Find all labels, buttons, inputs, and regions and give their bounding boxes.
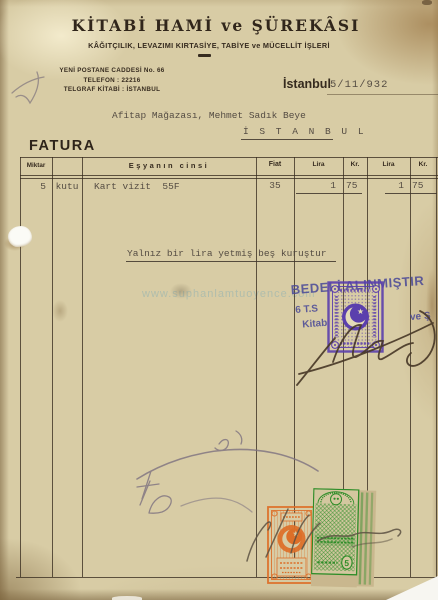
speck-top-edge (422, 0, 432, 5)
col-header-kr2: Kr. (410, 161, 436, 168)
amount-in-words: Yalnız bir lira yetmiş beş kuruştur (127, 248, 327, 259)
city-label: İstanbul (283, 77, 331, 91)
address-line-1: YENİ POSTANE CADDESİ No. 66 (36, 66, 188, 76)
table-vline-3 (82, 157, 83, 577)
torn-bottom-right (386, 576, 438, 600)
table-vline-9 (436, 157, 437, 577)
col-header-lira2: Lira (367, 161, 410, 168)
torn-bottom-nick (112, 596, 142, 600)
table-vline-8 (410, 157, 411, 577)
stain-small-2 (52, 300, 68, 322)
typed-date: 5/11/932 (330, 79, 388, 91)
row-unit: kutu (53, 181, 81, 192)
col-header-item: Eşyanın cinsi (82, 161, 256, 170)
table-vline-4 (256, 157, 257, 577)
amount-underline-1 (296, 193, 362, 194)
stain-small-1 (170, 283, 192, 299)
tagline-ornament (198, 54, 211, 57)
table-vline-2 (52, 157, 53, 577)
violet-revenue-stamp (327, 281, 384, 353)
address-line-3: TELGRAF KİTABİ : İSTANBUL (36, 85, 188, 95)
addressee-name: Afitap Mağazası, Mehmet Sadık Beye (112, 110, 306, 121)
row-price: 35 (256, 180, 294, 191)
row-kr1: 75 (346, 180, 357, 191)
invoice-title: FATURA (29, 138, 96, 154)
row-lira1: 1 (294, 180, 336, 191)
invoice-document: www.suphanlamtuoyence.com KİTABİ HAMİ ve… (0, 0, 438, 600)
green-stamp-art: 5 (311, 489, 377, 588)
row-qty: 5 (20, 181, 46, 192)
punch-hole (8, 226, 32, 247)
address-block: YENİ POSTANE CADDESİ No. 66 TELEFON : 22… (36, 66, 188, 95)
pencil-notes-center (137, 431, 318, 513)
stain-right-edge (426, 268, 438, 342)
row-kr2: 75 (412, 180, 423, 191)
green-stamp-value: 5 (344, 558, 349, 568)
row-lira2: 1 (367, 180, 404, 191)
col-header-kr1: Kr. (343, 161, 367, 168)
addressee-city: İ S T A N B U L (243, 126, 366, 137)
rubber-stamp-line2: 6 T.S (295, 303, 319, 316)
rubber-stamp-line3a: Kitab (302, 318, 328, 331)
green-revenue-stamp: 5 (311, 488, 380, 589)
amount-in-words-underline (126, 261, 336, 262)
company-tagline: KÂĞITÇILIK, LEVAZIMI KIRTASİYE, TABİYE v… (0, 41, 418, 50)
addressee-city-underline (241, 139, 333, 140)
company-name: KİTABİ HAMİ ve ŞÜREKÂSI (0, 16, 432, 35)
scan-watermark: www.suphanlamtuoyence.com (142, 288, 316, 300)
col-header-qty: Miktar (20, 162, 52, 169)
violet-stamp-art (329, 283, 383, 352)
address-line-2: TELEFON : 22216 (36, 76, 188, 86)
col-header-lira1: Lira (294, 161, 343, 168)
row-item: Kart vizit 55F (94, 181, 180, 192)
amount-underline-2 (385, 193, 437, 194)
table-vline-1 (20, 157, 21, 577)
orange-revenue-stamp (267, 506, 316, 584)
orange-stamp-art (268, 507, 315, 583)
date-underline (327, 94, 438, 95)
col-header-price: Fiat (256, 161, 294, 168)
